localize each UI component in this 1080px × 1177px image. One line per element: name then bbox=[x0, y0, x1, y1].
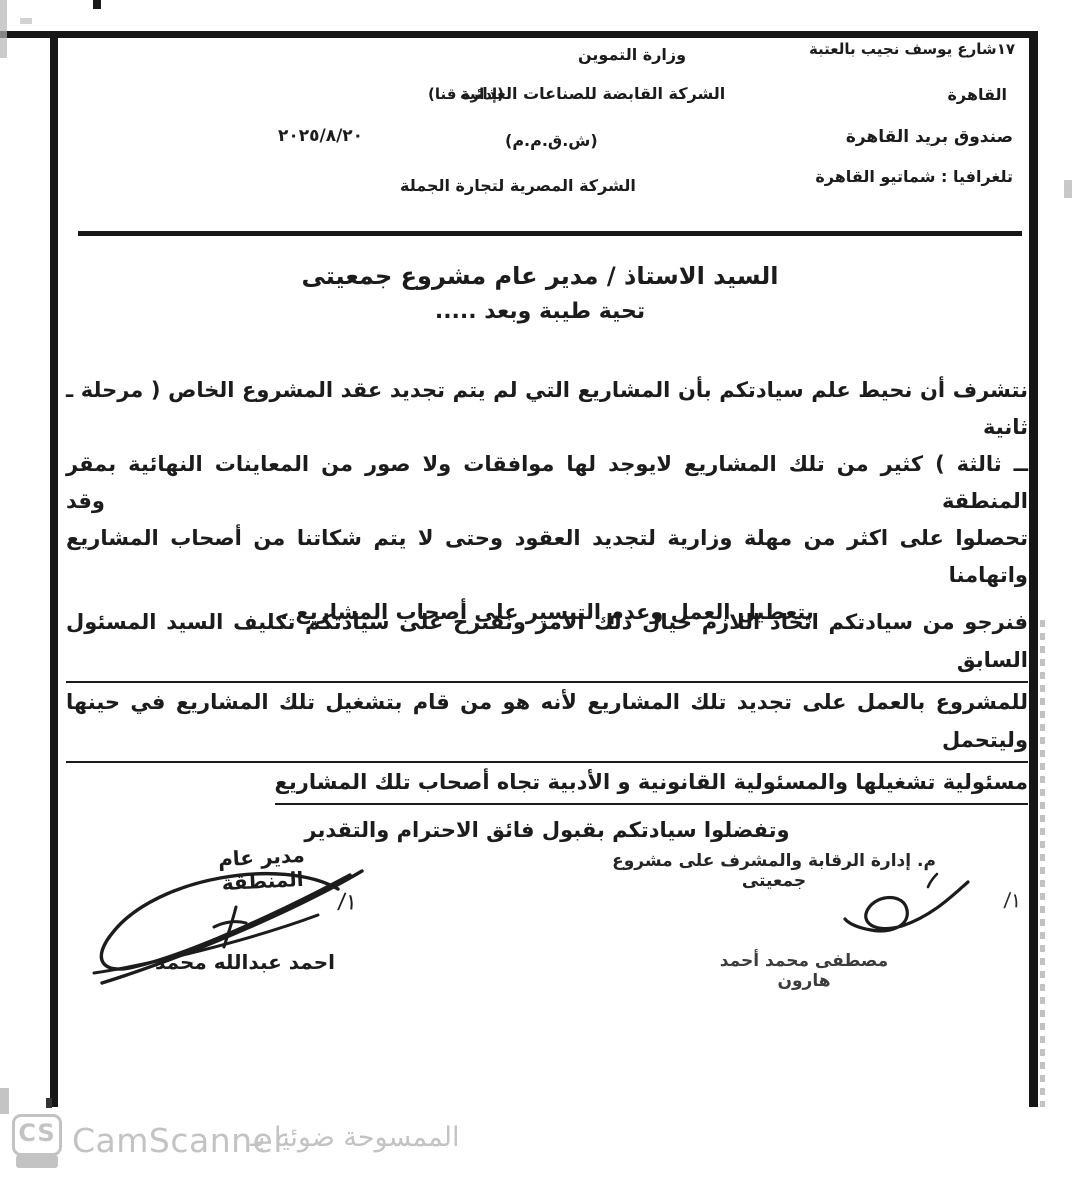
camscanner-logo-bar bbox=[16, 1155, 58, 1168]
letterhead-city: القاهرة bbox=[947, 85, 1007, 104]
scan-artifact-right-speck bbox=[1064, 180, 1072, 198]
closing-courtesy-line: وتفضلوا سيادتكم بقبول فائق الاحترام والت… bbox=[66, 811, 1028, 849]
header-divider-line bbox=[78, 231, 1022, 236]
letterhead-company-abbrev: (ش.ق.م.م) bbox=[505, 131, 598, 150]
signature-right-scribble bbox=[840, 868, 980, 946]
letterhead-subsidiary: الشركة المصرية لتجارة الجملة bbox=[400, 176, 636, 195]
page-border-texture bbox=[1040, 620, 1045, 1107]
body-paragraph-2: فنرجو من سيادتكم اتخاذ اللازم حيال ذلك ا… bbox=[66, 603, 1028, 849]
greeting-line: تحية طيبة وبعد ..... bbox=[60, 299, 1020, 324]
paragraph1-line3: تحصلوا على اكثر من مهلة وزارية لتجديد ال… bbox=[66, 520, 1028, 594]
signature-left-mark: /١ bbox=[337, 889, 359, 916]
scan-artifact-left-strip bbox=[0, 0, 7, 58]
camscanner-logo-letters: CS bbox=[12, 1119, 62, 1147]
letterhead-ministry: وزارة التموين bbox=[578, 45, 686, 64]
body-paragraph-1: نتشرف أن نحيط علم سيادتكم بأن المشاريع ا… bbox=[66, 372, 1028, 631]
scan-artifact-bottom-left bbox=[0, 1088, 9, 1114]
paragraph2-line3: مسئولية تشغيلها والمسئولية القانونية و ا… bbox=[275, 763, 1028, 805]
signature-right-name: مصطفى محمد أحمد هارون bbox=[698, 951, 910, 991]
signature-left-name: احمد عبدالله محمد bbox=[150, 950, 340, 974]
letterhead-telegraph: تلغرافيا : شماتيو القاهرة bbox=[815, 167, 1013, 186]
page-border-left bbox=[50, 31, 58, 1107]
salutation-block: السيد الاستاذ / مدير عام مشروع جمعيتى تح… bbox=[60, 262, 1020, 324]
recipient-line: السيد الاستاذ / مدير عام مشروع جمعيتى bbox=[60, 262, 1020, 290]
paragraph2-line1: فنرجو من سيادتكم اتخاذ اللازم حيال ذلك ا… bbox=[66, 603, 1028, 683]
page-border-right bbox=[1029, 31, 1038, 1107]
scan-artifact-top-tick bbox=[93, 0, 101, 9]
scanned-by-text: الممسوحة ضوئيا بـ bbox=[250, 1122, 460, 1153]
scan-artifact-smudge bbox=[20, 18, 32, 24]
letterhead-date: ٢٠٢٥/٨/٢٠ bbox=[278, 126, 363, 146]
paragraph2-line2: للمشروع بالعمل على تجديد تلك المشاريع لأ… bbox=[66, 683, 1028, 763]
letterhead-street-address: ١٧شارع يوسف نجيب بالعتبة bbox=[809, 40, 1015, 58]
signature-right-mark: /١ bbox=[1003, 887, 1022, 912]
letterhead-department: (إدارة قنا) bbox=[428, 85, 504, 103]
paragraph1-line2: ــ ثالثة ) كثير من تلك المشاريع لايوجد ل… bbox=[66, 446, 1028, 520]
scanned-letter-page: { "colors": { "ink": "#1c1c1c", "waterma… bbox=[0, 0, 1080, 1177]
page-border-top bbox=[0, 31, 1038, 38]
paragraph1-line1: نتشرف أن نحيط علم سيادتكم بأن المشاريع ا… bbox=[66, 372, 1028, 446]
letterhead-po-box: صندوق بريد القاهرة bbox=[846, 127, 1013, 147]
camscanner-logo-icon: CS bbox=[12, 1114, 62, 1170]
